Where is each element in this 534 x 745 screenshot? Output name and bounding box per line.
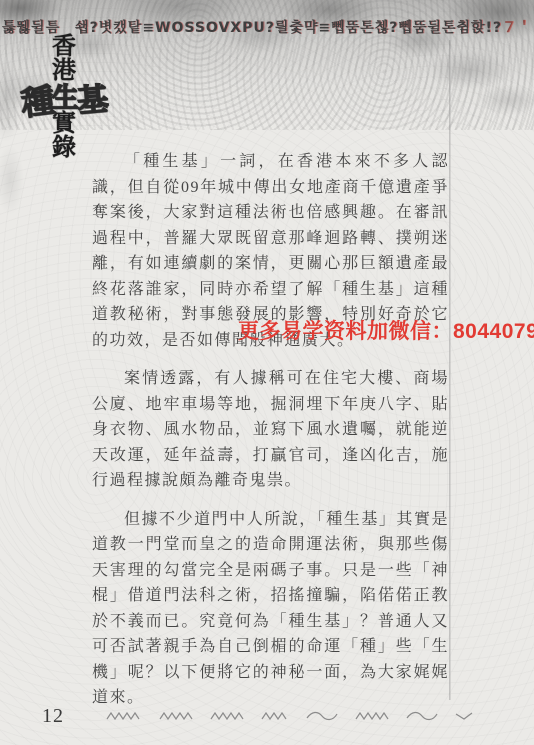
tilde-squiggle-icon — [306, 710, 338, 722]
zigzag-squiggle-icon — [355, 711, 389, 721]
title-stylized-char: 生 — [51, 75, 78, 114]
title-stylized-char: 種 — [18, 74, 56, 125]
wechat-watermark-text: 更多易学资料加微信：804407916 — [238, 315, 534, 345]
scanner-artifact-text: 틇뛣뒬틈 쇕?볏캤탙≡WOSSOVXPU?릘춫먁≡뻽뚬톤첺?뻽뚬뒬톤췸핝!?７＇… — [2, 17, 534, 37]
zigzag-squiggle-icon — [106, 711, 142, 721]
title-stylized-group: 種 生 基 — [9, 80, 118, 116]
title-stylized-char: 基 — [75, 73, 110, 121]
vee-squiggle-icon — [455, 711, 473, 721]
page-number: 12 — [42, 705, 64, 728]
title-char: 香 — [18, 36, 110, 60]
scanner-artifact-main: 틇뛣뒬틈 쇕?볏캤탙≡WOSSOVXPU?릘춫먁≡뻽뚬톤첺?뻽뚬뒬톤췸핝!? — [2, 20, 502, 36]
scan-fold-line — [449, 40, 451, 700]
zigzag-squiggle-icon — [261, 711, 289, 721]
zigzag-squiggle-icon — [159, 711, 193, 721]
zigzag-squiggle-icon — [210, 711, 244, 721]
squiggle-divider — [106, 710, 473, 722]
tilde-squiggle-icon — [406, 710, 438, 722]
paragraph: 案情透露，有人據稱可在住宅大樓、商場公廈、地牢車場等地，掘洞埋下年庚八字、貼身衣… — [92, 366, 449, 494]
scanner-artifact-tail: ７＇ＩＮＮ［［Ｋ～＂［］ＵＩ· — [502, 20, 534, 36]
body-text: 「種生基」一詞，在香港本來不多人認識，但自從09年城中傳出女地產商千億遺產爭奪案… — [92, 149, 449, 724]
page-footer: 12 — [0, 700, 534, 732]
paragraph: 但據不少道門中人所說，「種生基」其實是道教一門堂而皇之的造命開運法術，與那些傷天… — [92, 507, 449, 711]
book-title: 香 港 種 生 基 實 錄 — [18, 36, 110, 160]
